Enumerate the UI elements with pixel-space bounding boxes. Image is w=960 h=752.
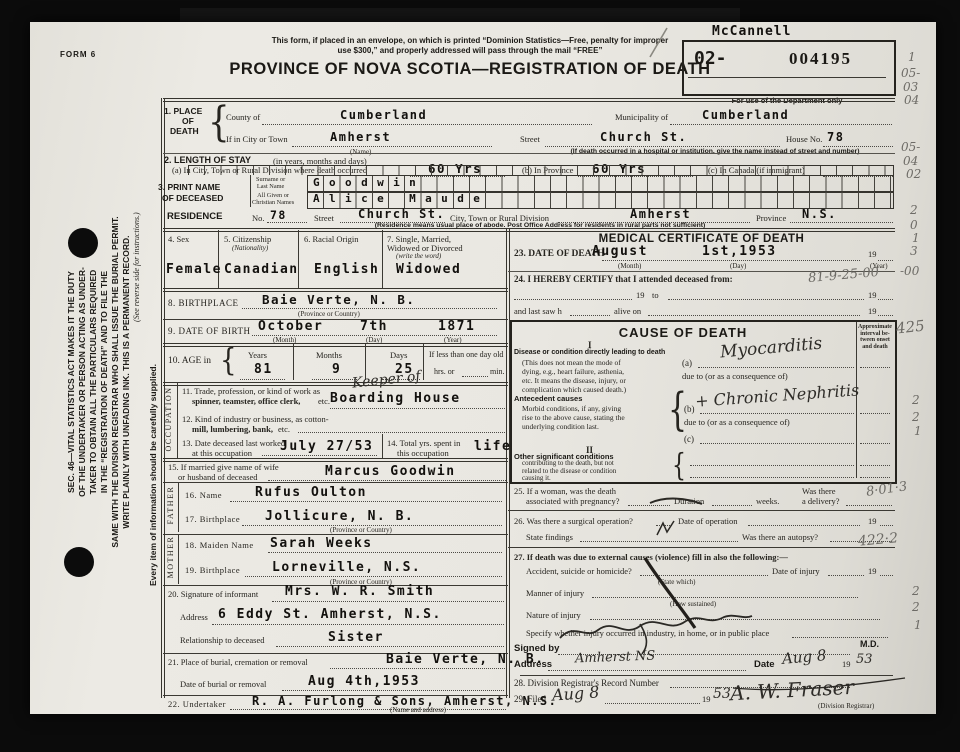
- margin-code: 03: [903, 80, 918, 94]
- margin-code: -00: [900, 264, 919, 278]
- s14-label: 14. Total yrs. spent in: [387, 438, 460, 448]
- s20-label: 20. Signature of informant: [168, 589, 258, 599]
- city-value: Amherst: [330, 130, 391, 144]
- physician-date-value: Aug 8: [781, 646, 827, 668]
- s18-label: 18. Maiden Name: [185, 540, 254, 550]
- filed-date-value: Aug 8: [551, 682, 600, 704]
- s27-label: 27. If death was due to external causes …: [514, 552, 788, 562]
- informant-value: Mrs. W. R. Smith: [285, 584, 434, 599]
- brace: {: [672, 452, 686, 483]
- interval-column-header: Approximateinterval be-tween onsetand de…: [858, 324, 892, 350]
- margin-code: 05-: [901, 140, 920, 154]
- s29-label: 29. Filed: [514, 694, 546, 704]
- s15-label: 15. If married give name of wife: [168, 462, 279, 472]
- death-day-value: 1st,1953: [702, 244, 777, 259]
- municipality-value: Cumberland: [702, 108, 789, 122]
- s13-label: 13. Date deceased last worked: [182, 438, 285, 448]
- certificate-paper: FORM 6 SEC. 46—VITAL STATISTICS ACT MAKE…: [30, 22, 936, 714]
- s6-label: 6. Racial Origin: [304, 234, 359, 244]
- physician-year-value: 53: [856, 652, 873, 667]
- margin-code: 0: [910, 218, 918, 232]
- residence-province-value: N.S.: [802, 207, 837, 221]
- md-label: M.D.: [860, 639, 879, 649]
- registrar-signature: A. W. Fraser: [729, 675, 854, 705]
- birth-month-value: October: [258, 319, 323, 334]
- s9-label: 9. DATE OF BIRTH: [168, 326, 250, 336]
- birth-day-value: 7th: [360, 319, 388, 334]
- mother-side-label: MOTHER: [166, 533, 175, 581]
- margin-code: 2: [912, 600, 920, 614]
- s11-label: 11. Trade, profession, or kind of work a…: [182, 386, 320, 396]
- hole-punch: [64, 547, 94, 577]
- birth-year-value: 1871: [438, 319, 475, 334]
- brace: {: [220, 345, 237, 376]
- father-name-value: Rufus Oulton: [255, 485, 367, 500]
- letterbox-strip: [188, 165, 894, 175]
- s17-label: 17. Birthplace: [185, 514, 240, 524]
- sex-value: Female: [166, 262, 222, 277]
- occupation-side-label: OCCUPATION: [164, 382, 173, 456]
- age-years-value: 81: [254, 362, 273, 377]
- total-years-value: life: [474, 439, 511, 454]
- registrant-name-stamp: McCannell: [712, 24, 791, 39]
- form-number: FORM 6: [60, 50, 96, 59]
- s1-label: 1. PLACE: [164, 106, 202, 116]
- county-value: Cumberland: [340, 108, 427, 122]
- physician-address-value: Amherst NS: [575, 649, 656, 667]
- margin-statute-text: SEC. 46—VITAL STATISTICS ACT MAKES IT TH…: [66, 102, 132, 662]
- s8-label: 8. BIRTHPLACE: [168, 298, 238, 308]
- burial-date-value: Aug 4th,1953: [308, 674, 420, 689]
- marital-status-value: Widowed: [396, 262, 461, 277]
- registration-number: 004195: [789, 49, 852, 69]
- margin-code: 2: [912, 410, 920, 424]
- registration-prefix: 02-: [694, 48, 727, 69]
- margin-code: 04: [903, 154, 918, 168]
- death-month-value: August: [592, 244, 648, 259]
- mother-name-value: Sarah Weeks: [270, 536, 373, 551]
- street-value: Church St.: [600, 130, 687, 144]
- margin-code: 2: [910, 203, 918, 217]
- residence-street-value: Church St.: [358, 207, 445, 221]
- signed-by-label: Signed by: [514, 643, 559, 654]
- spouse-value: Marcus Goodwin: [325, 464, 456, 479]
- margin-code: 1: [912, 231, 920, 245]
- s16-label: 16. Name: [185, 490, 222, 500]
- surname-value: Goodwin: [308, 176, 893, 189]
- s10-label: 10. AGE in: [168, 356, 211, 366]
- s19-label: 19. Birthplace: [185, 565, 240, 575]
- margin-code: 04: [904, 93, 919, 107]
- mail-notice: This form, if placed in an envelope, on …: [200, 36, 740, 56]
- age-months-value: 9: [332, 362, 341, 377]
- margin-code: 05-: [901, 66, 920, 80]
- mother-birthplace-value: Lorneville, N.S.: [272, 560, 421, 575]
- trade-value: Boarding House: [330, 391, 461, 406]
- s5-label: 5. Citizenship: [224, 234, 271, 244]
- residence-label: RESIDENCE: [167, 211, 222, 222]
- filed-year-value: 53: [713, 686, 731, 702]
- s22-label: 22. Undertaker: [168, 699, 226, 709]
- scanned-death-certificate: FORM 6 SEC. 46—VITAL STATISTICS ACT MAKE…: [0, 0, 960, 752]
- margin-code: 425: [895, 317, 925, 338]
- given-names-value: Alice Maude: [308, 192, 893, 205]
- s4-label: 4. Sex: [168, 234, 189, 244]
- s26-label: 26. Was there a surgical operation?: [514, 516, 633, 526]
- margin-every-item-note: Every item of information should be care…: [148, 240, 158, 710]
- registration-number-box: 02- 004195: [682, 40, 896, 96]
- informant-relationship-value: Sister: [328, 630, 384, 645]
- s12-label: 12. Kind of industry or business, as cot…: [182, 414, 329, 424]
- physician-address-label: Address: [514, 659, 552, 670]
- racial-origin-value: English: [314, 262, 379, 277]
- s24-label: 24. I HEREBY CERTIFY that I attended dec…: [514, 274, 733, 284]
- cause-antecedent-label: Antecedent causes: [514, 394, 582, 403]
- residence-division-value: Amherst: [630, 207, 691, 221]
- margin-code: 3: [910, 244, 918, 258]
- father-side-label: FATHER: [166, 482, 175, 528]
- margin-code: 1: [914, 618, 922, 632]
- margin-code: 1: [914, 424, 922, 438]
- trade-handwritten-note: Keeper of: [351, 368, 421, 391]
- s2-label: 2. LENGTH OF STAY: [164, 155, 251, 165]
- margin-code: 2: [912, 584, 920, 598]
- margin-code: 2: [912, 393, 920, 407]
- house-number-value: 78: [827, 130, 844, 144]
- father-birthplace-value: Jollicure, N. B.: [265, 509, 414, 524]
- margin-code: 02: [906, 167, 921, 181]
- last-worked-value: July 27/53: [280, 439, 373, 454]
- s21-label: 21. Place of burial, cremation or remova…: [168, 657, 308, 667]
- form-title: PROVINCE OF NOVA SCOTIA—REGISTRATION OF …: [170, 60, 770, 79]
- margin-code: 1: [908, 50, 916, 64]
- birthplace-value: Baie Verte, N. B.: [262, 292, 415, 307]
- margin-reverse-note: (See reverse side for instructions.): [132, 162, 141, 322]
- residence-number-value: 78: [270, 208, 287, 222]
- hole-punch: [68, 228, 98, 258]
- s25-label: 25. If a woman, was the death: [514, 486, 616, 496]
- s3-label: 3. PRINT NAME: [158, 182, 220, 192]
- informant-address-value: 6 Eddy St. Amherst, N.S.: [218, 607, 442, 622]
- cause-direct-label: Disease or condition directly leading to…: [514, 349, 665, 356]
- citizenship-value: Canadian: [224, 262, 299, 277]
- age-code-handwritten: 81-9-25-00: [807, 265, 879, 286]
